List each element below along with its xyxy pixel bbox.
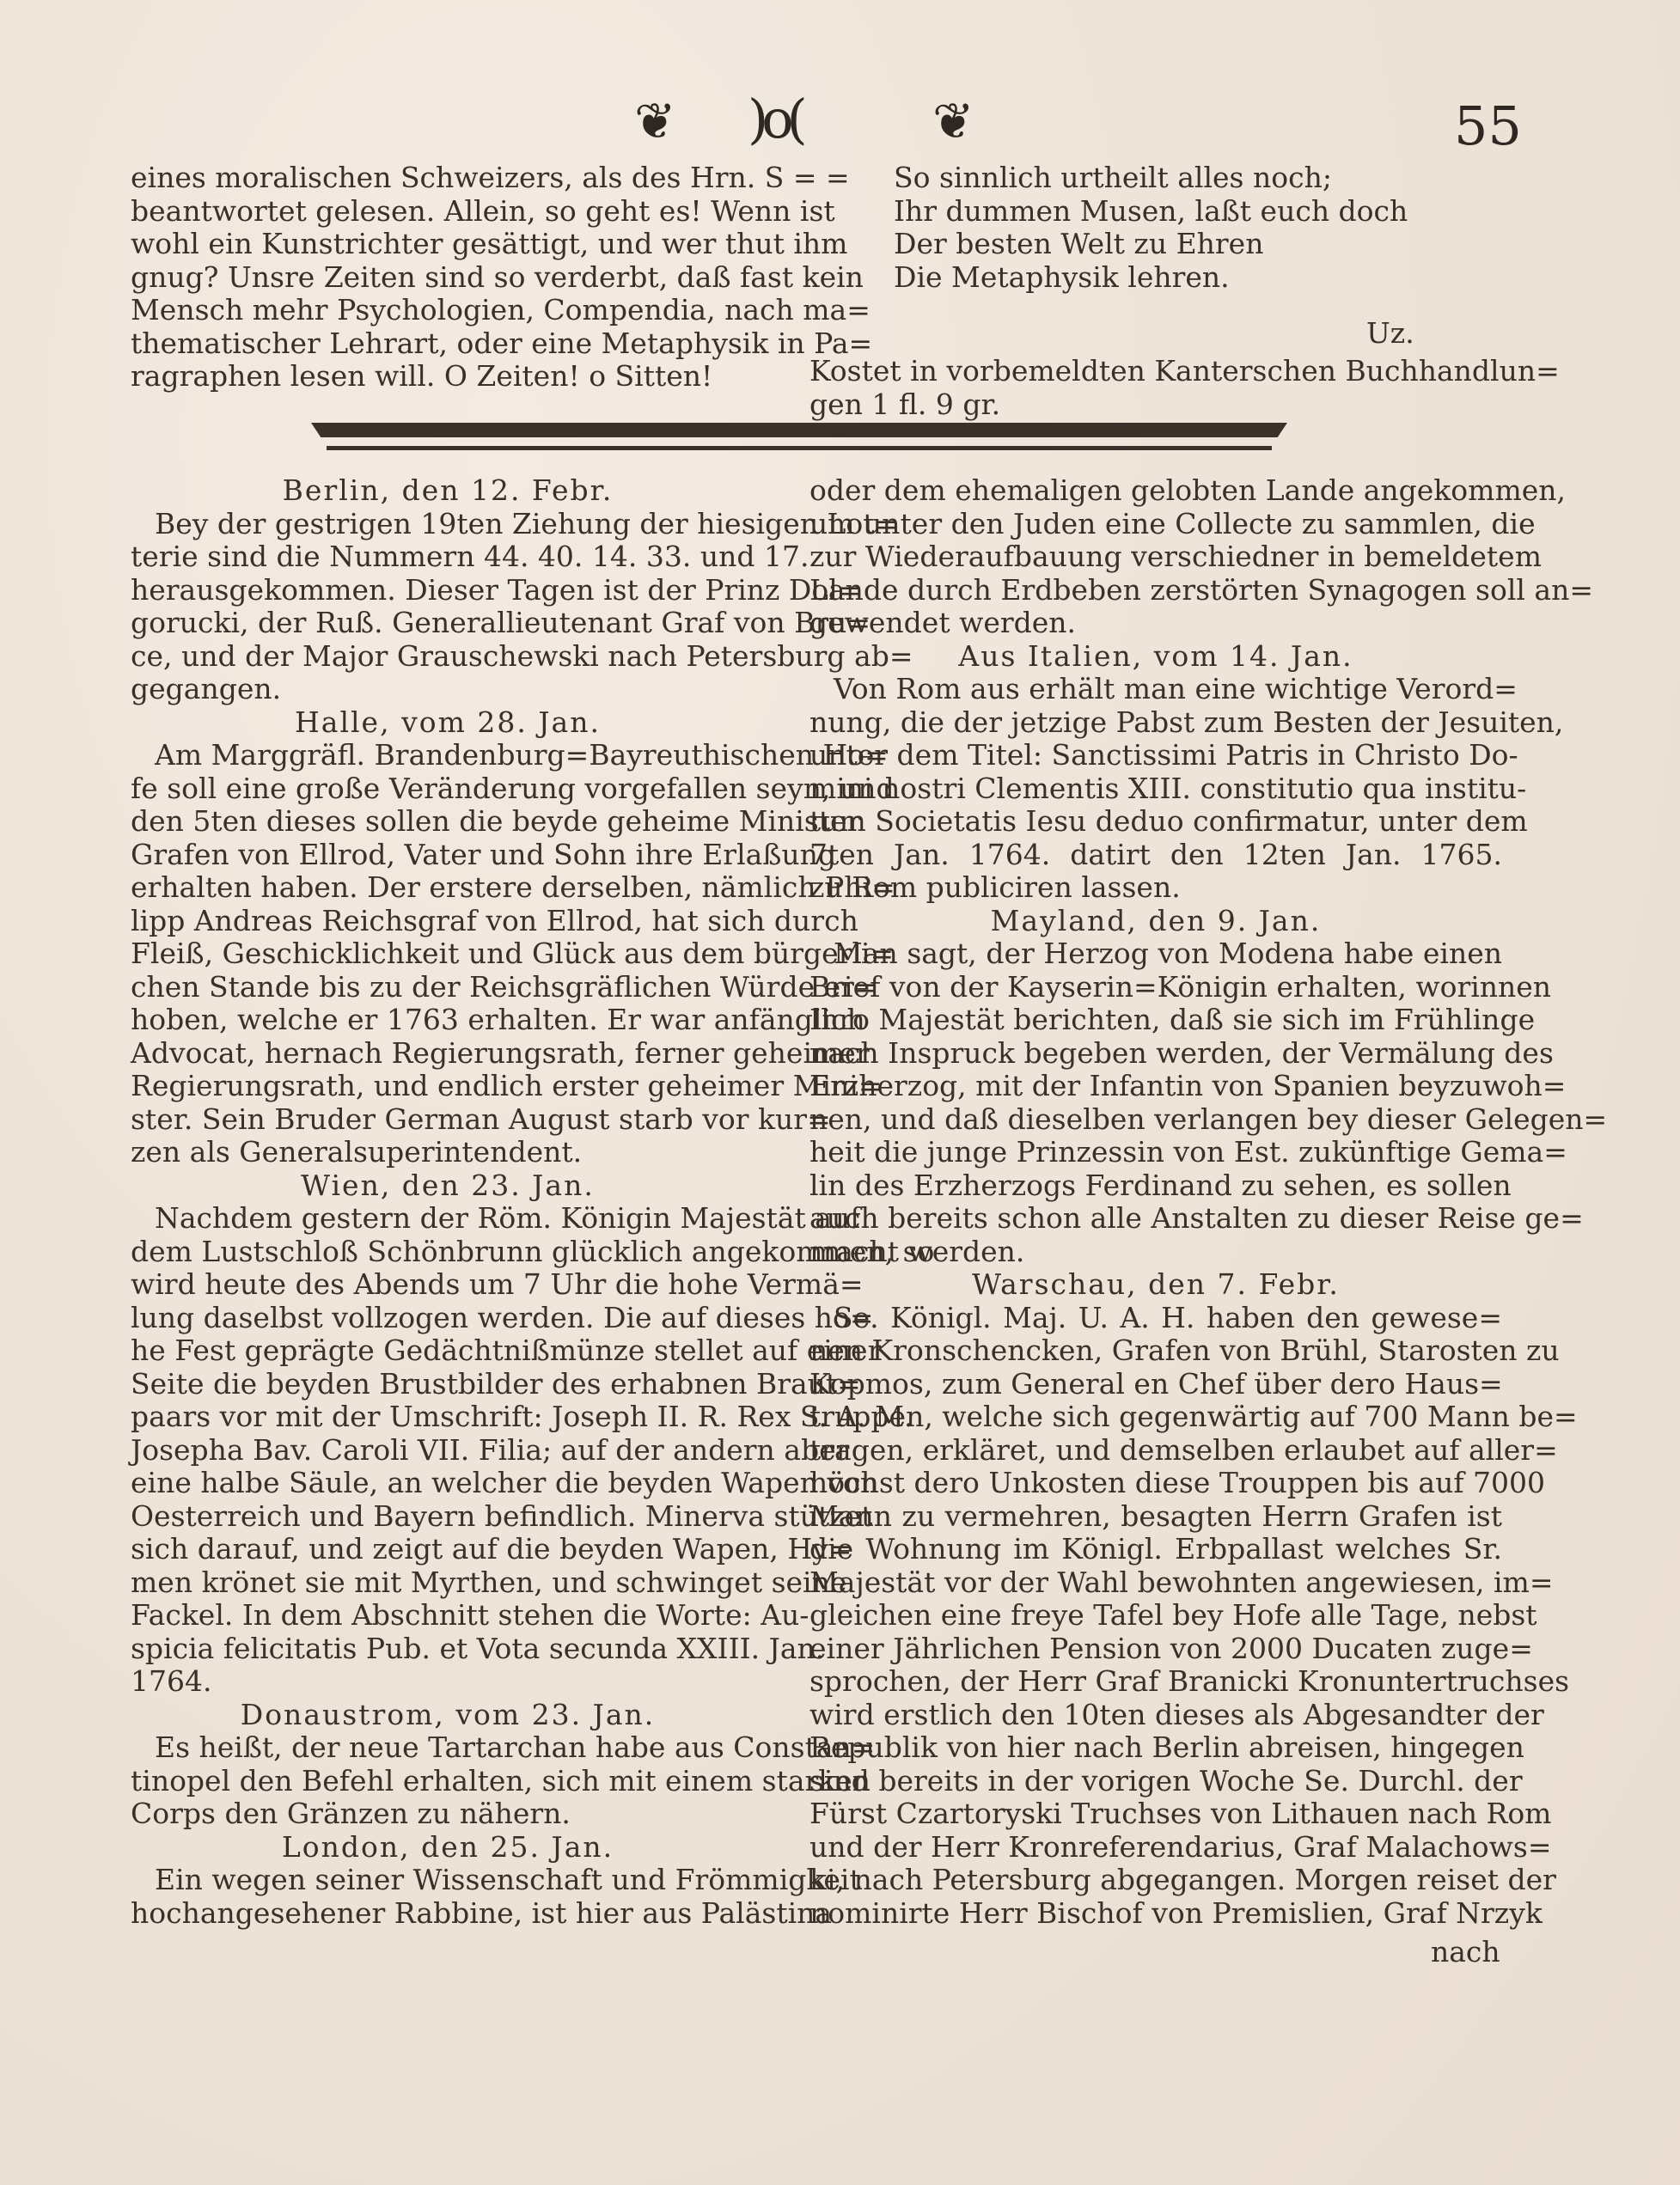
text-line: Corps den Gränzen zu nähern.: [131, 1797, 765, 1831]
text-line: höchst dero Unkosten diese Trouppen bis …: [809, 1467, 1502, 1500]
text-line: terie sind die Nummern 44. 40. 14. 33. u…: [131, 540, 765, 574]
text-line: oder dem ehemaligen gelobten Lande angek…: [809, 474, 1502, 508]
text-line: Lande durch Erdbeben zerstörten Synagoge…: [809, 574, 1502, 607]
text-line: Fürst Czartoryski Truchses von Lithauen …: [809, 1797, 1502, 1831]
shell-ornament-icon: ❦: [634, 96, 676, 146]
text-line: dem Lustschloß Schönbrunn glücklich ange…: [131, 1236, 765, 1269]
text-line: Regierungsrath, und endlich erster gehei…: [131, 1070, 765, 1103]
article-dateline: Berlin, den 12. Febr.: [131, 474, 765, 508]
text-line: nen Kronschencken, Grafen von Brühl, Sta…: [809, 1334, 1502, 1368]
author-signature: Uz.: [1366, 316, 1414, 350]
left-news-column: Berlin, den 12. Febr.Bey der gestrigen 1…: [131, 474, 765, 1930]
text-line: Fleiß, Geschicklichkeit und Glück aus de…: [131, 937, 765, 971]
text-line: Man sagt, der Herzog von Modena habe ein…: [809, 937, 1502, 971]
shell-ornament-icon: ❦: [932, 96, 974, 146]
text-line: nominirte Herr Bischof von Premislien, G…: [809, 1897, 1502, 1931]
page-header: ❦ )o( ❦ 55: [0, 86, 1680, 155]
text-line: wird heute des Abends um 7 Uhr die hohe …: [131, 1268, 765, 1302]
text-line: erhalten haben. Der erstere derselben, n…: [131, 871, 765, 905]
text-line: tinopel den Befehl erhalten, sich mit ei…: [131, 1765, 765, 1798]
text-line: Majestät vor der Wahl bewohnten angewies…: [809, 1566, 1502, 1600]
text-line: Grafen von Ellrod, Vater und Sohn ihre E…: [131, 839, 765, 872]
article-body: Nachdem gestern der Röm. Königin Majestä…: [131, 1202, 765, 1699]
text-line: sprochen, der Herr Graf Branicki Kronunt…: [809, 1665, 1502, 1699]
article-body: Von Rom aus erhält man eine wichtige Ver…: [809, 673, 1502, 905]
text-line: tum Societatis Iesu deduo confirmatur, u…: [809, 805, 1502, 839]
text-line: eines moralischen Schweizers, als des Hr…: [131, 162, 763, 195]
text-line: Kopmos, zum General en Chef über dero Ha…: [809, 1368, 1502, 1401]
text-line: Erzherzog, mit der Infantin von Spanien …: [809, 1070, 1502, 1103]
article-dateline: Mayland, den 9. Jan.: [809, 905, 1502, 938]
text-line: um unter den Juden eine Collecte zu samm…: [809, 508, 1502, 541]
text-line: hoben, welche er 1763 erhalten. Er war a…: [131, 1004, 765, 1037]
text-line: auch bereits schon alle Anstalten zu die…: [809, 1202, 1502, 1236]
article-dateline: Aus Italien, vom 14. Jan.: [809, 640, 1502, 674]
text-line: Ihro Majestät berichten, daß sie sich im…: [809, 1004, 1502, 1037]
article-dateline: Wien, den 23. Jan.: [131, 1169, 765, 1203]
text-line: lipp Andreas Reichsgraf von Ellrod, hat …: [131, 905, 765, 938]
text-line: Die Metaphysik lehren.: [894, 261, 1444, 295]
text-line: 7ten Jan. 1764. datirt den 12ten Jan. 17…: [809, 839, 1502, 872]
text-line: ster. Sein Bruder German August starb vo…: [131, 1103, 765, 1137]
catchword: nach: [1431, 1935, 1500, 1968]
text-line: So sinnlich urtheilt alles noch;: [894, 162, 1444, 195]
article-body: Es heißt, der neue Tartarchan habe aus C…: [131, 1731, 765, 1831]
text-line: Oesterreich und Bayern befindlich. Miner…: [131, 1500, 765, 1534]
text-line: zur Wiederaufbauung verschiedner in beme…: [809, 540, 1502, 574]
text-line: tragen, erkläret, und demselben erlaubet…: [809, 1434, 1502, 1468]
text-line: he Fest geprägte Gedächtnißmünze stellet…: [131, 1334, 765, 1368]
text-line: truppen, welche sich gegenwärtig auf 700…: [809, 1401, 1502, 1434]
text-line: zu Rom publiciren lassen.: [809, 871, 1502, 905]
text-line: Republik von hier nach Berlin abreisen, …: [809, 1731, 1502, 1765]
text-line: Seite die beyden Brustbilder des erhabne…: [131, 1368, 765, 1401]
text-line: Brief von der Kayserin=Königin erhalten,…: [809, 971, 1502, 1004]
text-line: 1764.: [131, 1665, 765, 1699]
text-line: ce, und der Major Grauschewski nach Pete…: [131, 640, 765, 674]
text-line: und der Herr Kronreferendarius, Graf Mal…: [809, 1831, 1502, 1865]
text-line: ragraphen lesen will. O Zeiten! o Sitten…: [131, 360, 763, 394]
text-line: ki, nach Petersburg abgegangen. Morgen r…: [809, 1864, 1502, 1897]
text-line: Mensch mehr Psychologien, Compendia, nac…: [131, 294, 763, 327]
verse-block: So sinnlich urtheilt alles noch;Ihr dumm…: [894, 162, 1444, 294]
text-line: herausgekommen. Dieser Tagen ist der Pri…: [131, 574, 765, 607]
text-line: macht werden.: [809, 1236, 1502, 1269]
text-line: gnug? Unsre Zeiten sind so verderbt, daß…: [131, 261, 763, 295]
right-news-column: oder dem ehemaligen gelobten Lande angek…: [809, 474, 1502, 1930]
text-line: Der besten Welt zu Ehren: [894, 228, 1444, 261]
article-body: Am Marggräfl. Brandenburg=Bayreuthischen…: [131, 739, 765, 1169]
text-line: Ihr dummen Musen, laßt euch doch: [894, 195, 1444, 229]
text-line: den 5ten dieses sollen die beyde geheime…: [131, 805, 765, 839]
article-body: Bey der gestrigen 19ten Ziehung der hies…: [131, 508, 765, 706]
article-body: Se. Königl. Maj. U. A. H. haben den gewe…: [809, 1302, 1502, 1931]
article-body: Man sagt, der Herzog von Modena habe ein…: [809, 937, 1502, 1268]
text-line: Nachdem gestern der Röm. Königin Majestä…: [131, 1202, 765, 1236]
text-line: Es heißt, der neue Tartarchan habe aus C…: [131, 1731, 765, 1765]
text-line: gewendet werden.: [809, 607, 1502, 640]
article-continuation: oder dem ehemaligen gelobten Lande angek…: [809, 474, 1502, 640]
text-line: Se. Königl. Maj. U. A. H. haben den gewe…: [809, 1302, 1502, 1335]
center-ornament-icon: )o(: [748, 93, 801, 146]
text-line: gen 1 fl. 9 gr.: [809, 388, 1441, 422]
text-line: thematischer Lehrart, oder eine Metaphys…: [131, 327, 763, 361]
text-line: hochangesehener Rabbine, ist hier aus Pa…: [131, 1897, 765, 1931]
text-line: einer Jährlichen Pension von 2000 Ducate…: [809, 1633, 1502, 1666]
text-line: die Wohnung im Königl. Erbpallast welche…: [809, 1533, 1502, 1566]
text-line: Kostet in vorbemeldten Kanterschen Buchh…: [809, 355, 1441, 388]
text-line: gorucki, der Ruß. Generallieutenant Graf…: [131, 607, 765, 640]
text-line: nung, die der jetzige Pabst zum Besten d…: [809, 706, 1502, 740]
text-line: wohl ein Kunstrichter gesättigt, und wer…: [131, 228, 763, 261]
text-line: gegangen.: [131, 673, 765, 706]
text-line: mini nostri Clementis XIII. constitutio …: [809, 772, 1502, 806]
text-line: Bey der gestrigen 19ten Ziehung der hies…: [131, 508, 765, 541]
text-line: wird erstlich den 10ten dieses als Abges…: [809, 1699, 1502, 1732]
text-line: Fackel. In dem Abschnitt stehen die Wort…: [131, 1599, 765, 1633]
article-dateline: Warschau, den 7. Febr.: [809, 1268, 1502, 1302]
text-line: eine halbe Säule, an welcher die beyden …: [131, 1467, 765, 1500]
text-line: Josepha Bav. Caroli VII. Filia; auf der …: [131, 1434, 765, 1468]
text-line: gleichen eine freye Tafel bey Hofe alle …: [809, 1599, 1502, 1633]
section-divider-thin: [327, 446, 1272, 450]
text-line: sich darauf, und zeigt auf die beyden Wa…: [131, 1533, 765, 1566]
text-line: lin des Erzherzogs Ferdinand zu sehen, e…: [809, 1169, 1502, 1203]
text-line: chen Stande bis zu der Reichsgräflichen …: [131, 971, 765, 1004]
article-body: Ein wegen seiner Wissenschaft und Frömmi…: [131, 1864, 765, 1930]
section-divider-thick: [311, 423, 1287, 437]
text-line: Mann zu vermehren, besagten Herrn Grafen…: [809, 1500, 1502, 1534]
text-line: nach Inspruck begeben werden, der Vermäl…: [809, 1037, 1502, 1071]
text-line: heit die junge Prinzessin von Est. zukün…: [809, 1136, 1502, 1169]
text-line: Advocat, hernach Regierungsrath, ferner …: [131, 1037, 765, 1071]
text-line: Von Rom aus erhält man eine wichtige Ver…: [809, 673, 1502, 706]
text-line: zen als Generalsuperintendent.: [131, 1136, 765, 1169]
text-line: Ein wegen seiner Wissenschaft und Frömmi…: [131, 1864, 765, 1897]
text-line: men krönet sie mit Myrthen, und schwinge…: [131, 1566, 765, 1600]
article-dateline: Donaustrom, vom 23. Jan.: [131, 1699, 765, 1732]
text-line: lung daselbst vollzogen werden. Die auf …: [131, 1302, 765, 1335]
article-dateline: Halle, vom 28. Jan.: [131, 706, 765, 740]
text-line: spicia felicitatis Pub. et Vota secunda …: [131, 1633, 765, 1666]
article-dateline: London, den 25. Jan.: [131, 1831, 765, 1865]
price-notice: Kostet in vorbemeldten Kanterschen Buchh…: [809, 355, 1441, 421]
text-line: sind bereits in der vorigen Woche Se. Du…: [809, 1765, 1502, 1798]
page-number: 55: [1454, 95, 1522, 157]
text-line: fe soll eine große Veränderung vorgefall…: [131, 772, 765, 806]
text-line: nen, und daß dieselben verlangen bey die…: [809, 1103, 1502, 1137]
text-line: paars vor mit der Umschrift: Joseph II. …: [131, 1401, 765, 1434]
text-line: beantwortet gelesen. Allein, so geht es!…: [131, 195, 763, 229]
text-line: Am Marggräfl. Brandenburg=Bayreuthischen…: [131, 739, 765, 772]
top-left-text-block: eines moralischen Schweizers, als des Hr…: [131, 162, 763, 394]
text-line: unter dem Titel: Sanctissimi Patris in C…: [809, 739, 1502, 772]
